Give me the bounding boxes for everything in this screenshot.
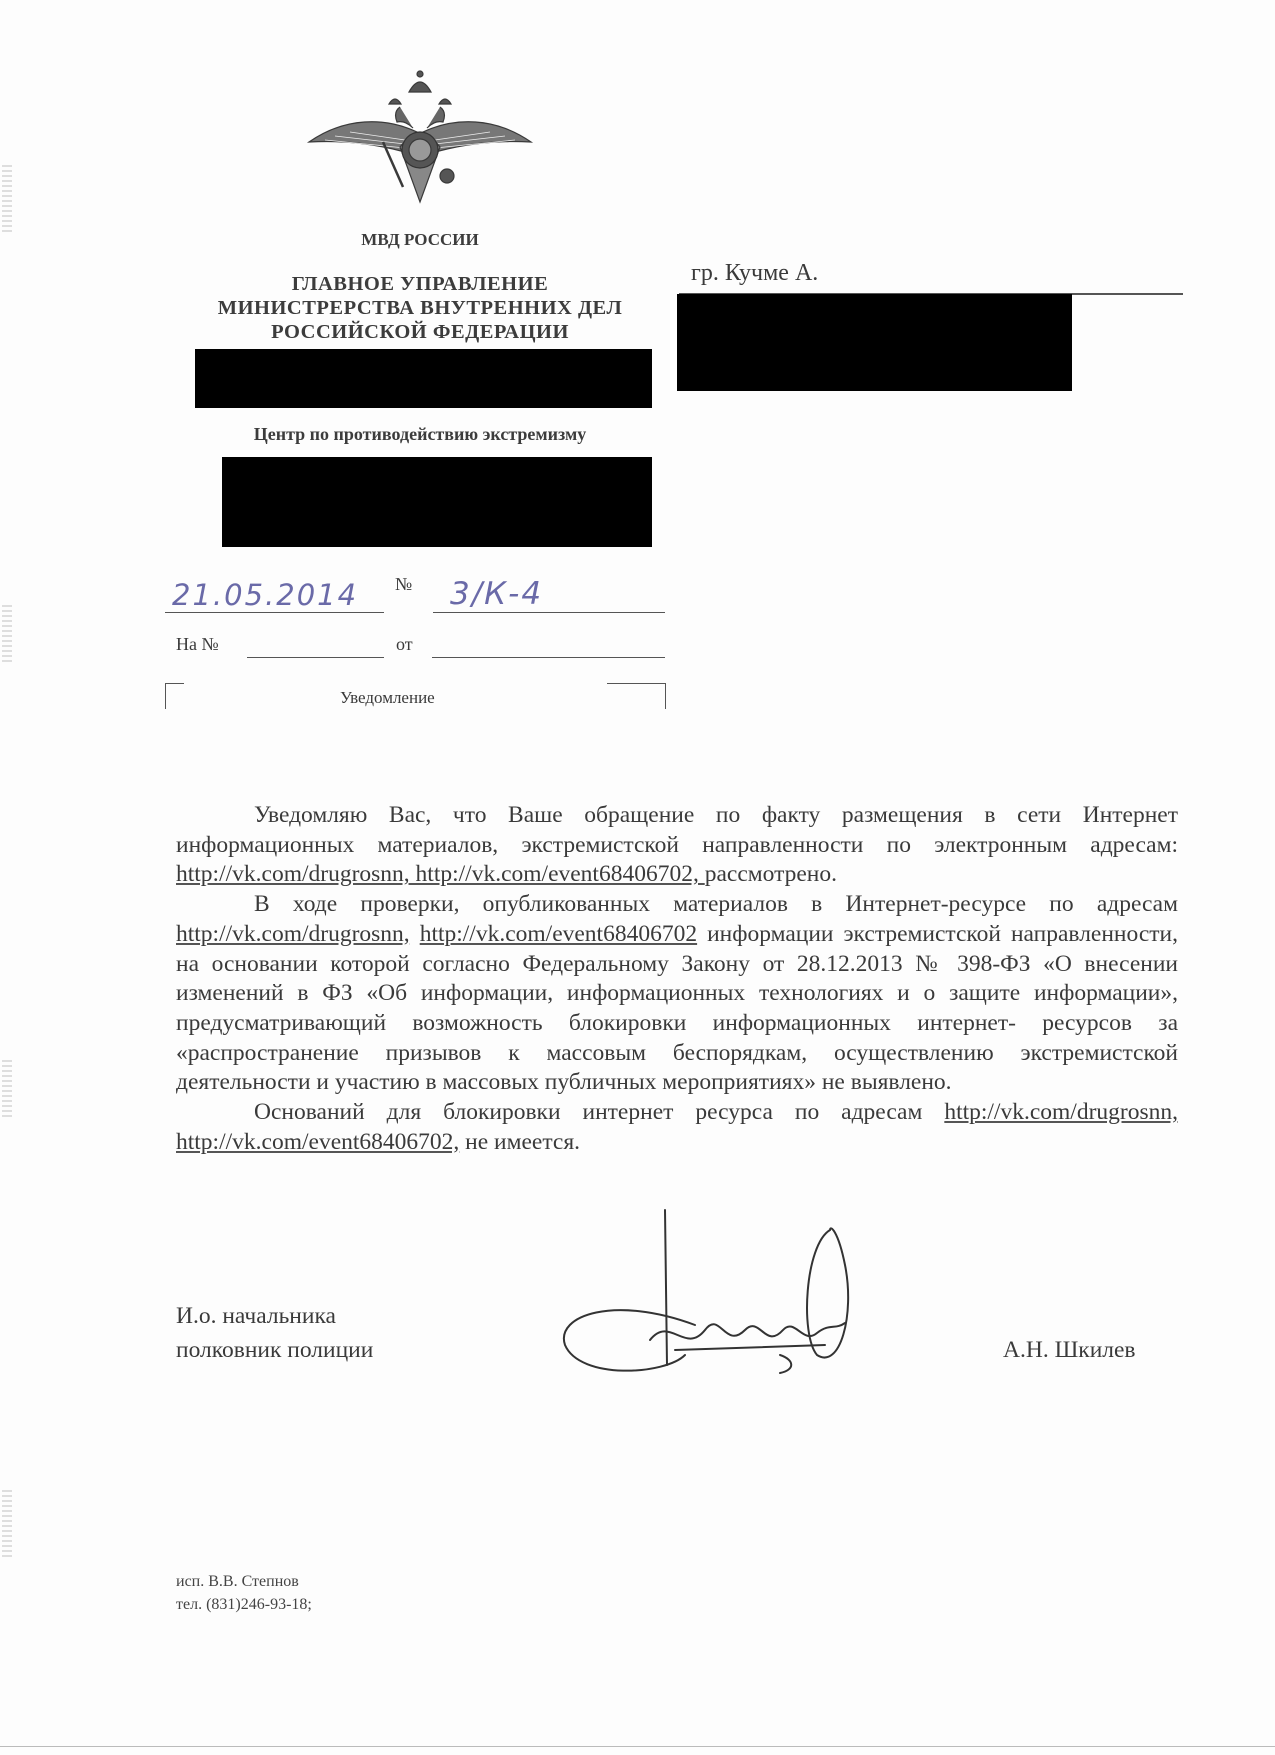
- redaction-block-org: [195, 349, 652, 408]
- handwritten-signature-icon: [555, 1205, 915, 1385]
- number-label: №: [395, 574, 412, 595]
- executor-phone: тел. (831)246-93-18;: [176, 1593, 312, 1616]
- ref-from-label: от: [396, 634, 413, 655]
- link-urls-1[interactable]: http://vk.com/drugrosnn, http://vk.com/e…: [176, 861, 705, 887]
- org-line-2: МИНИСТРЕРСТВА ВНУТРЕННИХ ДЕЛ: [170, 297, 670, 320]
- signer-title-1: И.о. начальника: [176, 1303, 336, 1330]
- letter-body: Уведомляю Вас, что Ваше обращение по фак…: [176, 801, 1178, 1157]
- link-event[interactable]: http://vk.com/event68406702: [420, 921, 697, 947]
- paragraph-1: Уведомляю Вас, что Ваше обращение по фак…: [176, 801, 1178, 890]
- org-line-1: ГЛАВНОЕ УПРАВЛЕНИЕ: [170, 273, 670, 296]
- executor-name: исп. В.В. Степнов: [176, 1570, 312, 1593]
- scan-artifact: [2, 605, 12, 665]
- signer-title-2: полковник полиции: [176, 1337, 373, 1364]
- ministry-short-name: МВД РОССИИ: [320, 230, 520, 250]
- date-underline: [165, 612, 384, 613]
- scan-artifact: [2, 1060, 12, 1120]
- scan-artifact: [2, 1490, 12, 1560]
- registration-date: 21.05.2014: [172, 578, 358, 612]
- paragraph-3: Оснований для блокировки интернет ресурс…: [176, 1098, 1178, 1157]
- signer-name: А.Н. Шкилев: [1003, 1337, 1136, 1364]
- redaction-block-department: [222, 457, 652, 547]
- redaction-block-recipient: [677, 294, 1072, 391]
- paragraph-2: В ходе проверки, опубликованных материал…: [176, 890, 1178, 1098]
- scan-artifact: [2, 165, 12, 235]
- number-underline: [433, 612, 665, 613]
- executor-info: исп. В.В. Степнов тел. (831)246-93-18;: [176, 1570, 312, 1616]
- department-name: Центр по противодействию экстремизму: [170, 424, 670, 445]
- recipient-name: гр. Кучме А.: [691, 260, 818, 287]
- ref-number-field: [247, 657, 384, 658]
- page-bottom-edge: [0, 1746, 1275, 1747]
- subject-bracket-left: [165, 683, 184, 709]
- ref-from-field: [432, 657, 665, 658]
- double-headed-eagle-emblem-icon: [305, 62, 535, 207]
- subject-title: Уведомление: [340, 688, 435, 708]
- ref-number-label: На №: [176, 634, 219, 655]
- registration-number: 3/К-4: [450, 576, 543, 612]
- org-line-3: РОССИЙСКОЙ ФЕДЕРАЦИИ: [170, 321, 670, 344]
- link-drugrosnn[interactable]: http://vk.com/drugrosnn,: [176, 921, 410, 947]
- subject-bracket-right: [607, 683, 666, 709]
